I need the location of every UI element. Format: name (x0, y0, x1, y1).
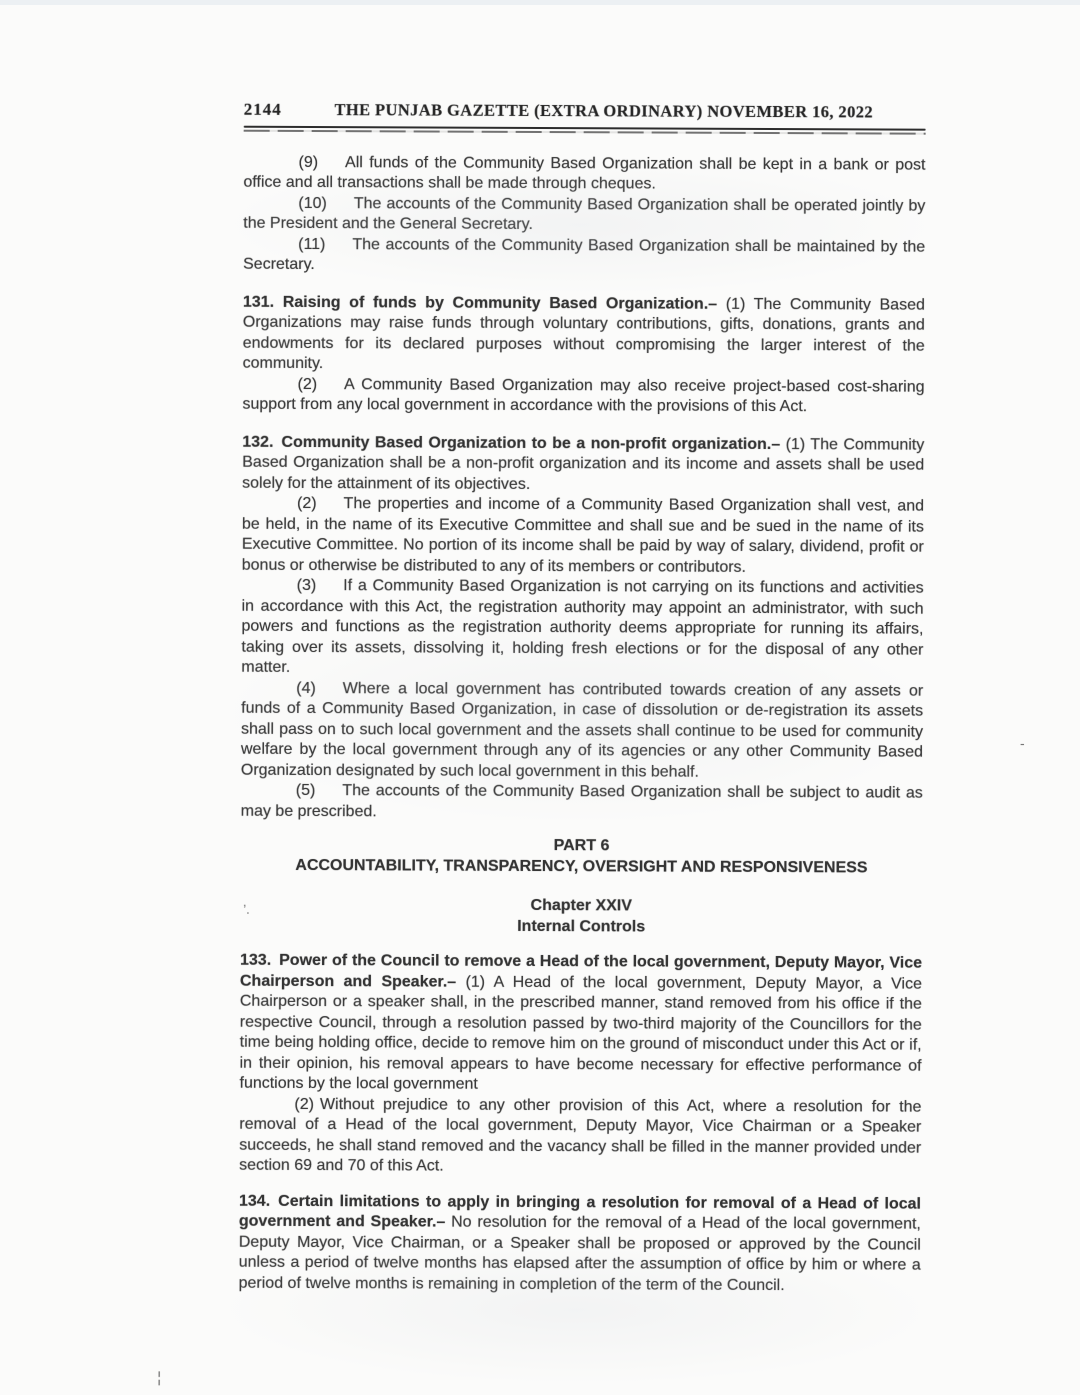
document-body: (9)All funds of the Community Based Orga… (239, 153, 926, 1297)
scan-speck: ¦ (157, 1369, 161, 1386)
clause-number: (2) (298, 376, 318, 393)
clause-number: (2) (297, 495, 317, 512)
clause-number: (4) (296, 680, 316, 697)
page-header: 2144 THE PUNJAB GAZETTE (EXTRA ORDINARY)… (244, 100, 926, 123)
clause-paragraph: (11)The accounts of the Community Based … (243, 235, 925, 279)
clause-paragraph: (10)The accounts of the Community Based … (243, 194, 925, 238)
clause-paragraph: (4)Where a local government has contribu… (241, 679, 923, 784)
clause-text: The accounts of the Community Based Orga… (241, 783, 923, 821)
clause-number: (3) (297, 577, 317, 594)
clause-text: Without prejudice to any other provision… (239, 1096, 921, 1175)
clause-paragraph: (2)Without prejudice to any other provis… (239, 1095, 921, 1180)
clause-text: The accounts of the Community Based Orga… (243, 236, 925, 273)
section-paragraph: 131. Raising of funds by Community Based… (243, 293, 925, 378)
heading-paragraph: ACCOUNTABILITY, TRANSPARENCY, OVERSIGHT … (240, 856, 922, 879)
clause-paragraph: (2)The properties and income of a Commun… (242, 494, 924, 579)
header-rule-secondary (244, 130, 926, 135)
gazette-page: 2144 THE PUNJAB GAZETTE (EXTRA ORDINARY)… (0, 3, 1080, 1395)
clause-number: (10) (298, 195, 327, 212)
heading-paragraph: Chapter XXIV (240, 895, 922, 918)
clause-text: The accounts of the Community Based Orga… (243, 195, 925, 233)
clause-number: (2) (294, 1096, 314, 1113)
clause-paragraph: (3)If a Community Based Organization is … (241, 576, 923, 681)
clause-text: If a Community Based Organization is not… (241, 578, 923, 677)
clause-number: (9) (298, 154, 318, 171)
page-content: 2144 THE PUNJAB GAZETTE (EXTRA ORDINARY)… (239, 100, 926, 1297)
clause-number: (5) (296, 782, 316, 799)
clause-paragraph: (5)The accounts of the Community Based O… (241, 781, 923, 825)
clause-text: A Community Based Organization may also … (242, 376, 924, 416)
heading-paragraph: PART 6 (240, 835, 922, 858)
section-paragraph: 134. Certain limitations to apply in bri… (239, 1192, 921, 1297)
scan-speck: - (1020, 735, 1025, 751)
scan-speck: ’. (243, 902, 250, 917)
clause-paragraph: (9)All funds of the Community Based Orga… (243, 153, 925, 197)
gazette-title: THE PUNJAB GAZETTE (EXTRA ORDINARY) NOVE… (282, 100, 926, 123)
section-heading: 132. Community Based Organization to be … (242, 434, 780, 453)
clause-number: (11) (298, 236, 325, 253)
clause-text: Where a local government has contributed… (241, 680, 923, 781)
section-paragraph: 132. Community Based Organization to be … (242, 433, 924, 497)
section-text: (1) A Head of the local government, Depu… (239, 974, 922, 1094)
clause-text: The properties and income of a Community… (242, 496, 924, 576)
clause-paragraph: (2)A Community Based Organization may al… (242, 375, 924, 419)
section-heading: 131. Raising of funds by Community Based… (243, 294, 717, 313)
section-paragraph: 133. Power of the Council to remove a He… (239, 951, 922, 1097)
clause-text: All funds of the Community Based Organiz… (243, 154, 925, 193)
page-number: 2144 (244, 100, 282, 121)
heading-paragraph: Internal Controls (240, 916, 922, 939)
